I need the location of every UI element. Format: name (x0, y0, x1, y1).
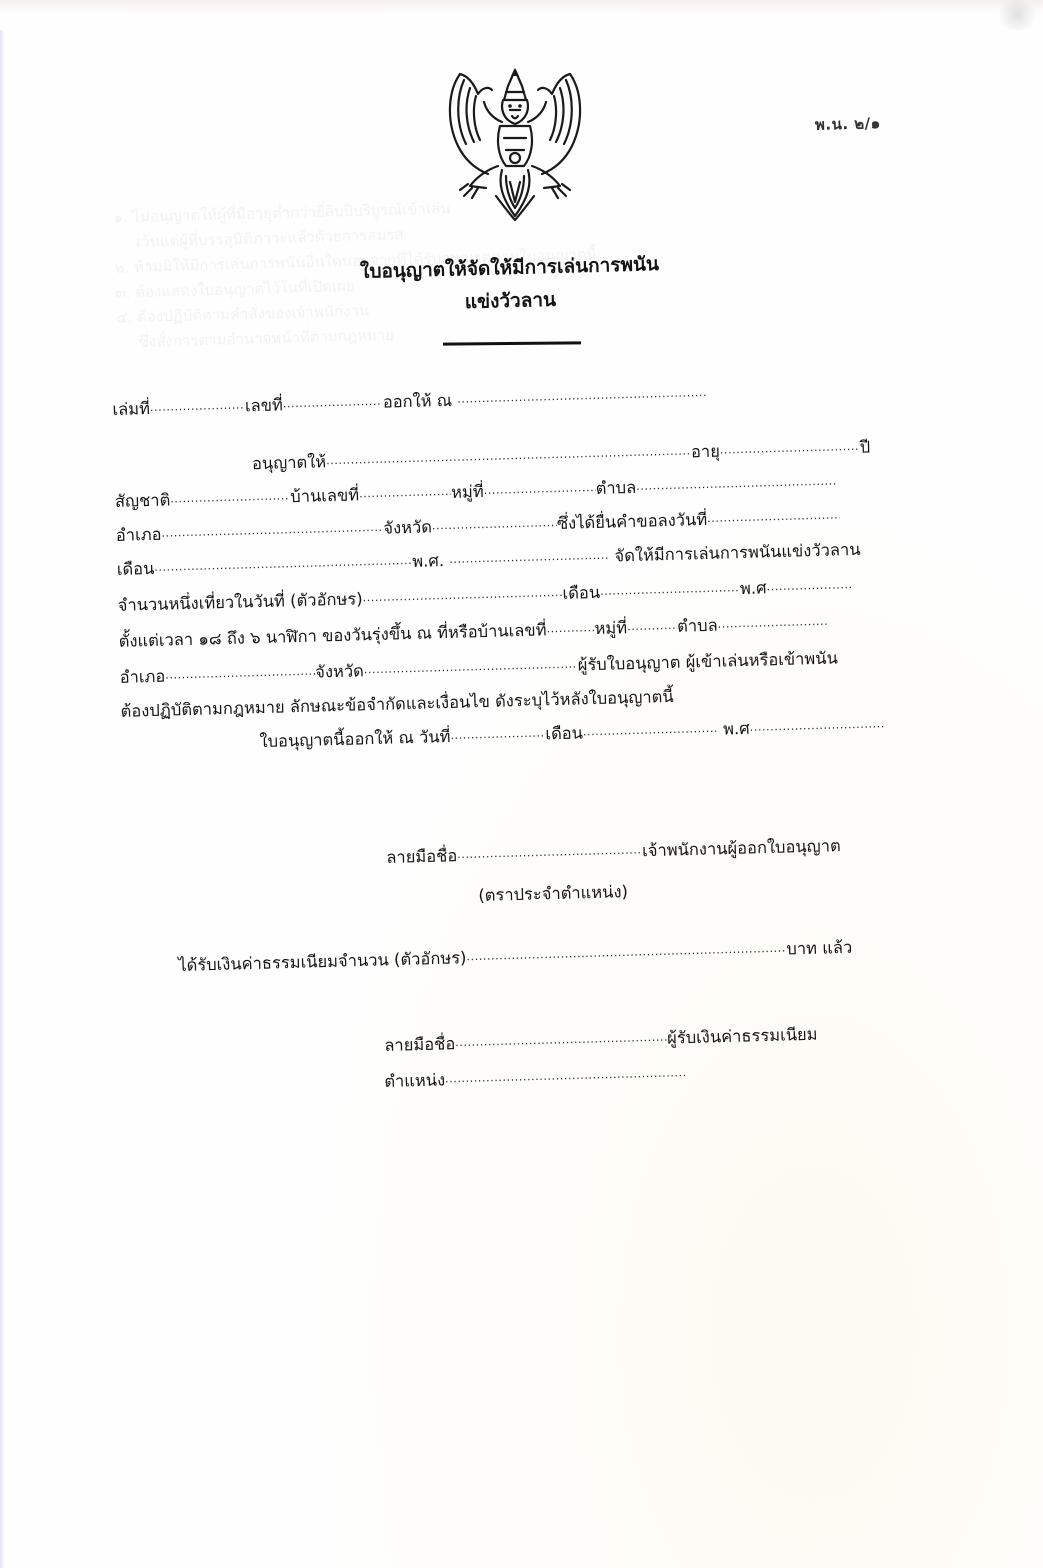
receiver-role-text: ผู้รับเงินค่าธรรมเนียม (667, 1023, 818, 1051)
conditions-text: ต้องปฏิบัติตามกฎหมาย ลักษณะข้อจำกัดและเง… (120, 685, 674, 724)
garuda-emblem-icon (440, 66, 590, 226)
issuer-role-text: เจ้าพนักงานผู้ออกใบอนุญาต (642, 834, 841, 863)
district-label: อำเภอ (116, 523, 162, 548)
nationality-field[interactable]: ........................................… (170, 490, 290, 505)
age-label: อายุ (691, 440, 720, 465)
row-issue-date: ใบอนุญาตนี้ออกให้ ณ วันที่..............… (259, 713, 885, 754)
baht-suffix: บาท แล้ว (786, 936, 853, 962)
form-body: เล่มที่.................................… (112, 370, 912, 392)
receiver-position-label: ตำแหน่ง (384, 1068, 445, 1094)
event-month-label: เดือน (562, 581, 600, 606)
age-field[interactable]: ........................................… (720, 441, 860, 457)
document-title: ใบอนุญาตให้จัดให้มีการเล่นการพนัน แข่งวั… (319, 247, 701, 323)
village-no-field[interactable]: ........................................… (484, 482, 596, 497)
row-time-location: ตั้งแต่เวลา ๑๘ ถึง ๖ นาฬิกา ของวันรุ่งขึ… (118, 611, 828, 654)
month-field[interactable]: ........................................… (154, 555, 412, 574)
nationality-label: สัญชาติ (115, 488, 171, 513)
document-page: ๑. ไม่อนุญาตให้ผู้ที่มีอายุต่ำกว่ายี่สิบ… (0, 0, 1043, 1568)
issue-month-field[interactable]: ........................................… (583, 723, 718, 739)
issue-date-label: ใบอนุญาตนี้ออกให้ ณ วันที่ (259, 725, 451, 754)
month-label: เดือน (116, 557, 154, 582)
receiver-position-field[interactable]: ........................................… (445, 1067, 685, 1085)
seal-text: (ตราประจำตำแหน่ง) (478, 882, 628, 905)
house-no-label: บ้านเลขที่ (290, 483, 360, 509)
row-book-number: เล่มที่.................................… (112, 382, 707, 422)
issue-year-label: พ.ศ (723, 717, 750, 742)
issuer-signature-field[interactable]: ........................................… (457, 844, 642, 861)
be-year-label: พ.ศ. (412, 549, 444, 574)
receiver-signature-label: ลายมือชื่อ (384, 1032, 456, 1058)
row-conditions: ต้องปฏิบัติตามกฎหมาย ลักษณะข้อจำกัดและเง… (120, 685, 674, 724)
form-code: พ.น. ๒/๑ (815, 111, 881, 137)
issue-year-field[interactable]: ........................................… (750, 718, 885, 734)
location-village-field[interactable]: .................... (627, 620, 677, 633)
fee-received-label: ได้รับเงินค่าธรรมเนียมจำนวน (ตัวอักษร) (178, 946, 467, 978)
village-no-label: หมู่ที่ (451, 480, 484, 505)
be-year-field[interactable]: ........................................… (449, 550, 609, 566)
fee-amount-field[interactable]: ........................................… (466, 943, 786, 964)
paper-smudge (995, 0, 1040, 30)
location-province-label: จังหวัด (315, 659, 364, 684)
event-date-label: จำนวนหนึ่งเที่ยวในวันที่ (ตัวอักษร) (117, 587, 362, 618)
district-field[interactable]: ........................................… (161, 522, 383, 540)
receiver-signature-field[interactable]: ........................................… (455, 1032, 667, 1050)
province-label: จังหวัด (383, 515, 432, 540)
issuer-signature-block: ลายมือชื่อ..............................… (386, 834, 841, 870)
number-label: เลขที่ (245, 393, 284, 418)
fee-received-row: ได้รับเงินค่าธรรมเนียมจำนวน (ตัวอักษร)..… (178, 936, 853, 978)
issued-at-field[interactable]: ........................................… (457, 387, 707, 406)
location-house-no-field[interactable]: ................... (546, 622, 594, 635)
event-month-field[interactable]: ........................................… (600, 582, 740, 598)
issue-month-label: เดือน (545, 721, 583, 746)
location-village-label: หมู่ที่ (594, 616, 627, 641)
issuer-seal-note: (ตราประจำตำแหน่ง) (478, 880, 628, 908)
issued-at-label: ออกให้ ณ (383, 389, 453, 415)
location-district-field[interactable]: ........................................… (165, 666, 315, 682)
house-no-field[interactable]: ..................................... (359, 486, 451, 500)
book-no-label: เล่มที่ (112, 397, 150, 422)
issue-day-field[interactable]: ...................................... (450, 727, 545, 742)
event-date-field[interactable]: ........................................… (362, 587, 562, 604)
row-permit-to: อนุญาตให้...............................… (252, 436, 871, 477)
paper-edge-shadow (0, 30, 5, 1568)
permittee-name-field[interactable]: ........................................… (326, 445, 691, 467)
row-event-date: จำนวนหนึ่งเที่ยวในวันที่ (ตัวอักษร).....… (117, 574, 851, 618)
applied-date-field[interactable]: ........................................… (707, 509, 839, 525)
issuer-signature-label: ลายมือชื่อ (386, 844, 458, 870)
subdistrict-label: ตำบล (595, 476, 636, 501)
location-district-label: อำเภอ (119, 665, 165, 690)
event-year-label: พ.ศ (740, 576, 767, 601)
year-suffix: ปี (859, 436, 870, 460)
receiver-position-row: ตำแหน่ง.................................… (384, 1062, 685, 1094)
number-field[interactable]: ........................................ (283, 396, 383, 411)
location-province-field[interactable]: ........................................… (364, 659, 578, 677)
time-location-text: ตั้งแต่เวลา ๑๘ ถึง ๖ นาฬิกา ของวันรุ่งขึ… (118, 618, 546, 654)
title-underline (443, 341, 581, 345)
location-subdistrict-label: ตำบล (677, 614, 718, 639)
province-field[interactable]: ........................................… (432, 517, 557, 532)
subdistrict-field[interactable]: ........................................… (636, 475, 836, 492)
permit-to-label: อนุญาตให้ (252, 450, 327, 476)
applied-date-label: ซึ่งได้ยื่นคำขอลงวันที่ (557, 508, 708, 536)
book-no-field[interactable]: ...................................... (150, 399, 245, 414)
location-subdistrict-field[interactable]: ........................................… (718, 616, 828, 631)
row-location-district: อำเภอ...................................… (119, 646, 838, 689)
licensee-text: ผู้รับใบอนุญาต ผู้เข้าเล่นหรือเข้าพนัน (577, 646, 838, 677)
receiver-signature-block: ลายมือชื่อ..............................… (384, 1023, 818, 1058)
purpose-text: จัดให้มีการเล่นการพนันแข่งวัวลาน (614, 538, 861, 569)
event-year-field[interactable]: .................................. (766, 579, 851, 593)
